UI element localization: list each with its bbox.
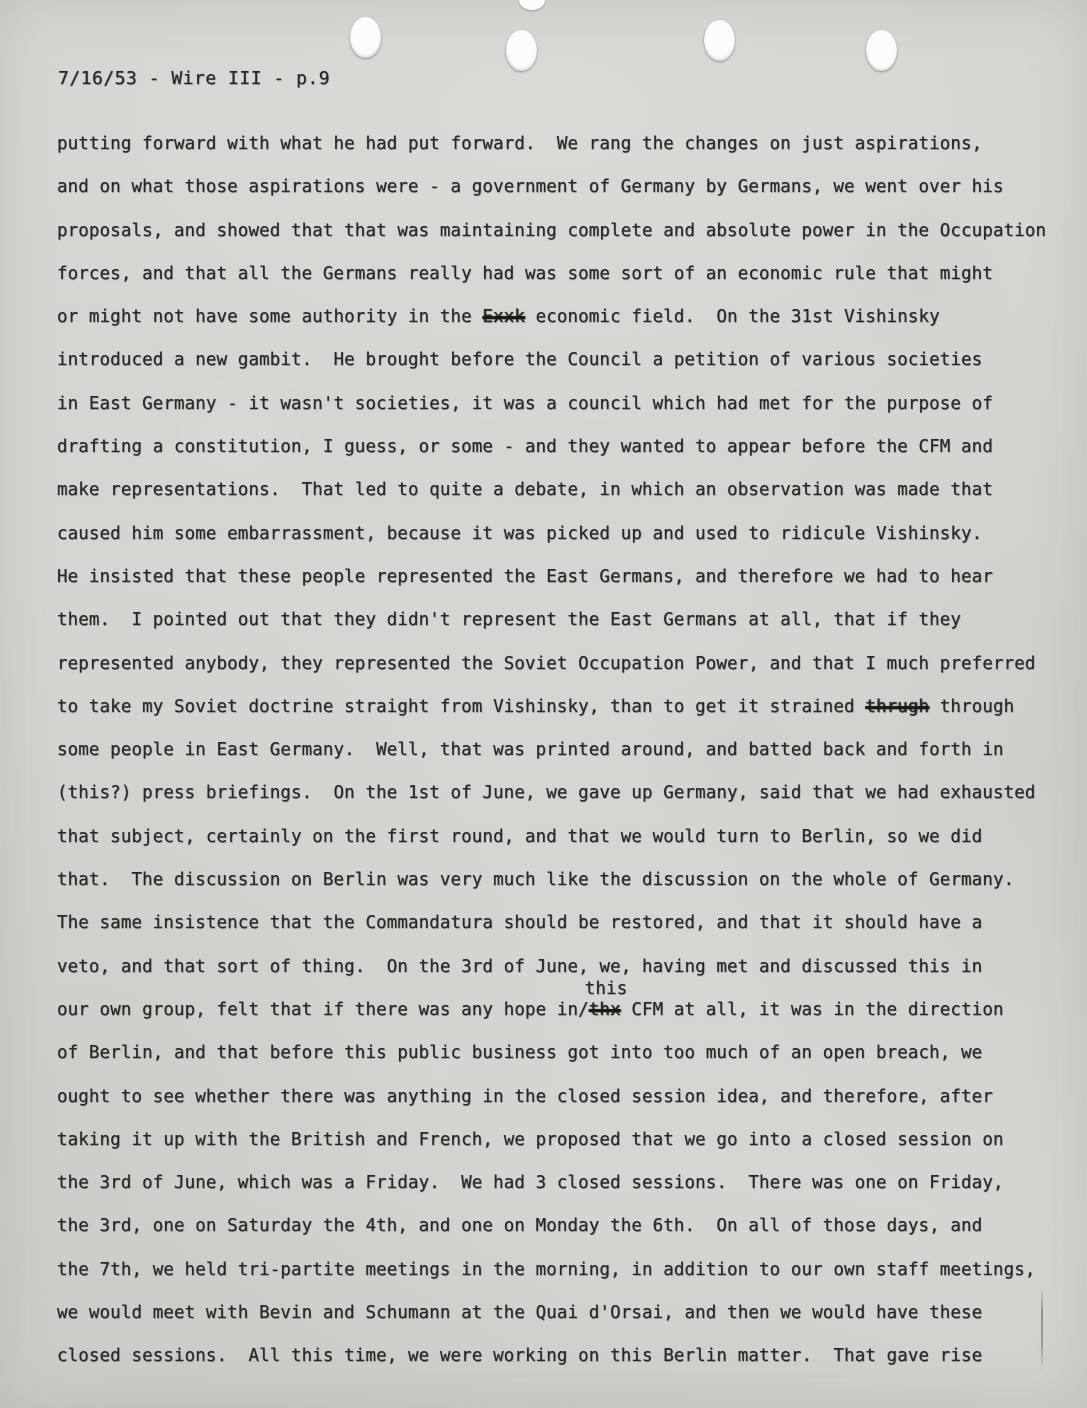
text-line: The same insistence that the Commandatur… bbox=[57, 913, 1067, 956]
text-line: (this?) press briefings. On the 1st of J… bbox=[57, 783, 1067, 826]
punch-hole bbox=[506, 30, 537, 71]
text-line: introduced a new gambit. He brought befo… bbox=[57, 350, 1067, 393]
punch-hole bbox=[350, 17, 381, 58]
text-line: them. I pointed out that they didn't rep… bbox=[57, 610, 1067, 653]
interlinear-insertion: this bbox=[585, 979, 628, 999]
text-segment: through bbox=[929, 697, 1014, 717]
text-line: the 3rd of June, which was a Friday. We … bbox=[57, 1173, 1067, 1216]
text-segment: our own group, felt that if there was an… bbox=[57, 1000, 589, 1020]
text-line: some people in East Germany. Well, that … bbox=[57, 740, 1067, 783]
text-line: putting forward with what he had put for… bbox=[57, 134, 1067, 177]
text-segment: to take my Soviet doctrine straight from… bbox=[57, 697, 865, 717]
text-line: we would meet with Bevin and Schumann at… bbox=[57, 1303, 1067, 1346]
punch-hole bbox=[866, 30, 897, 71]
text-line: in East Germany - it wasn't societies, i… bbox=[57, 394, 1067, 437]
text-segment: or might not have some authority in the bbox=[57, 307, 482, 327]
text-line: taking it up with the British and French… bbox=[57, 1130, 1067, 1173]
text-line: make representations. That led to quite … bbox=[57, 480, 1067, 523]
strikethrough-text: thx bbox=[589, 1000, 621, 1020]
text-line: represented anybody, they represented th… bbox=[57, 654, 1067, 697]
strikethrough-text: thrugh bbox=[865, 697, 929, 717]
text-line: that. The discussion on Berlin was very … bbox=[57, 870, 1067, 913]
punch-hole bbox=[704, 20, 735, 61]
text-line: drafting a constitution, I guess, or som… bbox=[57, 437, 1067, 480]
text-segment: CFM at all, it was in the direction bbox=[621, 1000, 1004, 1020]
typed-body: putting forward with what he had put for… bbox=[57, 134, 1067, 1390]
text-line: of Berlin, and that before this public b… bbox=[57, 1043, 1067, 1086]
text-line: the 7th, we held tri-partite meetings in… bbox=[57, 1260, 1067, 1303]
paper-tear bbox=[519, 0, 545, 10]
text-line: to take my Soviet doctrine straight from… bbox=[57, 697, 1067, 740]
text-line: He insisted that these people represente… bbox=[57, 567, 1067, 610]
text-line: caused him some embarrassment, because i… bbox=[57, 524, 1067, 567]
text-line: or might not have some authority in the … bbox=[57, 307, 1067, 350]
text-line: forces, and that all the Germans really … bbox=[57, 264, 1067, 307]
text-segment: economic field. On the 31st Vishinsky bbox=[525, 307, 940, 327]
page-header: 7/16/53 - Wire III - p.9 bbox=[58, 68, 330, 89]
paper-crease bbox=[1041, 1288, 1043, 1370]
text-line: closed sessions. All this time, we were … bbox=[57, 1346, 1067, 1389]
text-line: that subject, certainly on the first rou… bbox=[57, 827, 1067, 870]
text-line: thisour own group, felt that if there wa… bbox=[57, 1000, 1067, 1043]
scanned-document-page: 7/16/53 - Wire III - p.9 putting forward… bbox=[0, 0, 1087, 1408]
strikethrough-text: Exxk bbox=[482, 307, 525, 327]
text-line: veto, and that sort of thing. On the 3rd… bbox=[57, 957, 1067, 1000]
text-line: and on what those aspirations were - a g… bbox=[57, 177, 1067, 220]
text-line: proposals, and showed that that was main… bbox=[57, 221, 1067, 264]
text-line: ought to see whether there was anything … bbox=[57, 1087, 1067, 1130]
text-line: the 3rd, one on Saturday the 4th, and on… bbox=[57, 1216, 1067, 1259]
